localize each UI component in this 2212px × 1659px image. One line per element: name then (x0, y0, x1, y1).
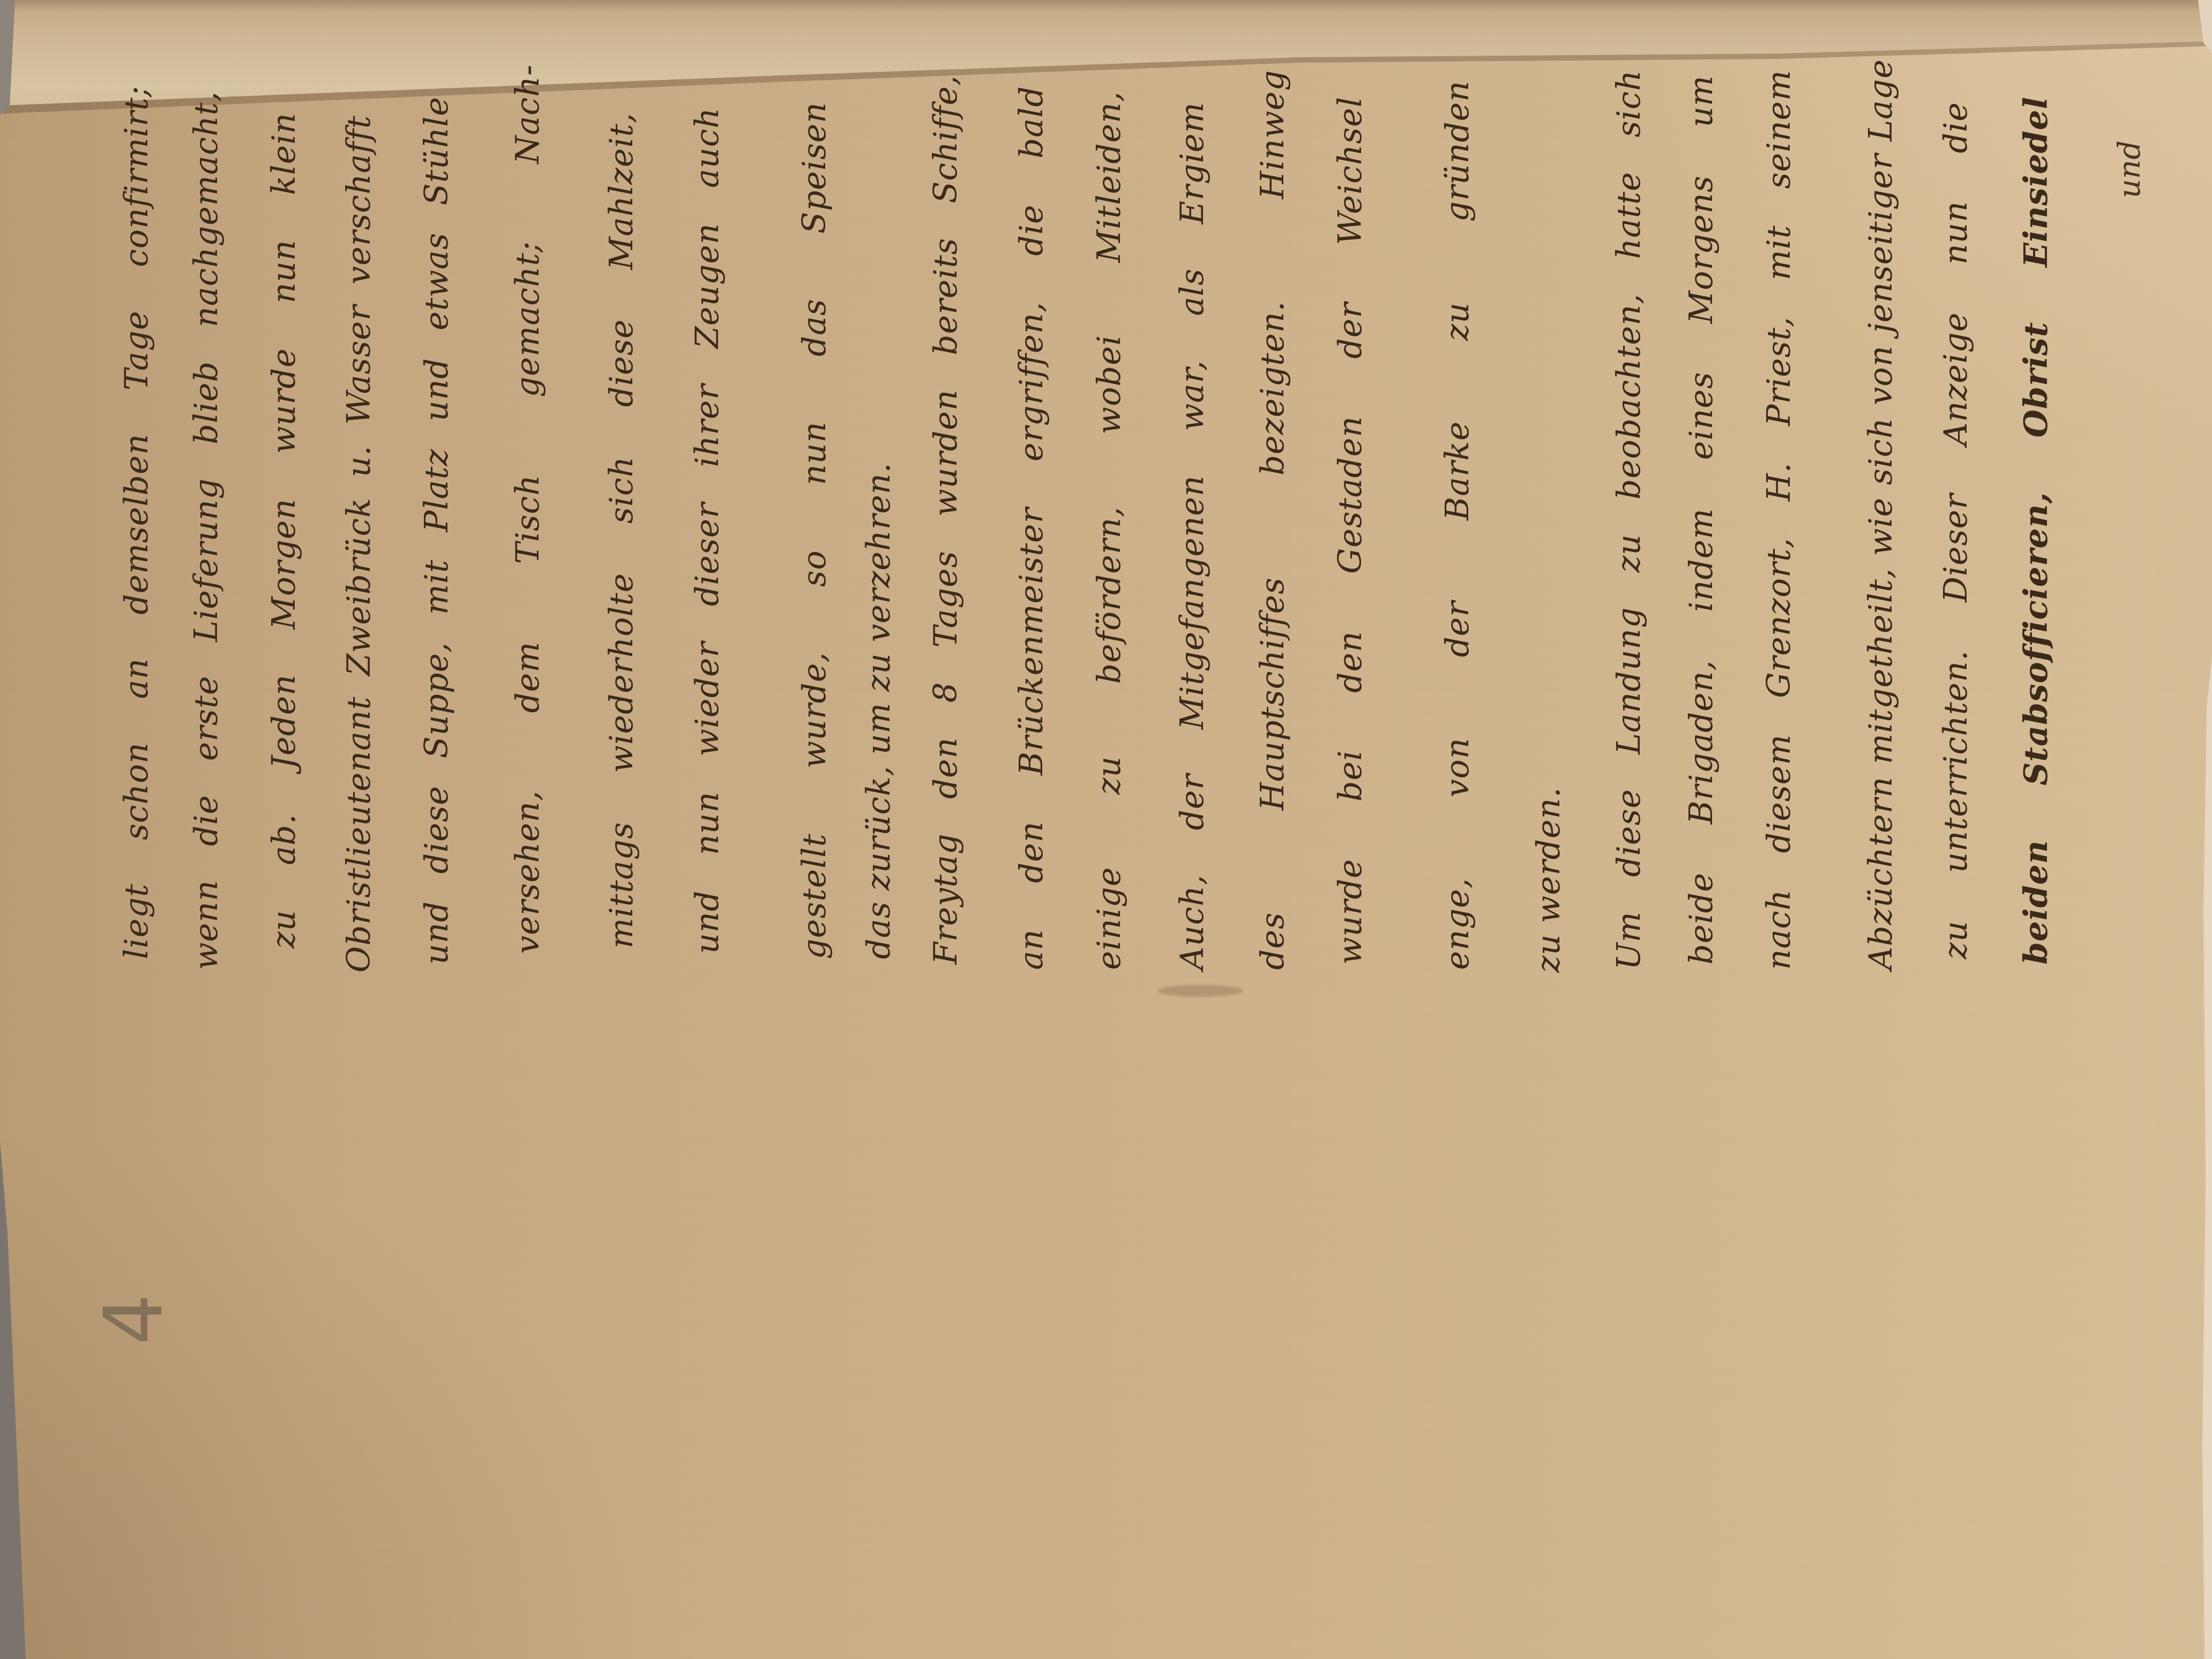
text-line-15: des Hauptschiffes bezeigten. Hinweg (1246, 70, 1299, 970)
text-line-9: gestellt wurde, so nun das Speisen (788, 102, 841, 959)
text-line-4: Obristlieutenant Zweibrück u. Wasser ver… (332, 115, 386, 973)
text-line-24-signature: beiden Stabsofficieren, Obrist Einsiedel (2009, 96, 2063, 965)
text-line-23: zu unterrichten. Dieser Anzeige nun die (1929, 102, 1983, 959)
text-line-8: und nun wieder dieser ihrer Zeugen auch (681, 107, 734, 954)
top-edge-shade (0, 0, 2212, 12)
text-line-6: versehen, dem Tisch gemacht; Nach- (501, 64, 555, 954)
text-line-1: liegt schon an demselben Tage confirmirt… (110, 86, 163, 959)
text-line-12: an den Brückenmeister ergriffen, die bal… (1005, 86, 1058, 970)
text-line-3: zu ab. Jeden Morgen wurde nun klein (257, 113, 311, 948)
text-line-22: Abzüchtern mitgetheilt, wie sich von jen… (1854, 59, 1908, 970)
text-line-21: nach diesem Grenzort, H. Priest, mit sei… (1752, 70, 1806, 970)
text-line-13: einige zu befördern, wobei Mitleiden, (1082, 91, 1136, 970)
text-line-20: beide Brigaden, indem eines Morgens um (1675, 75, 1728, 965)
text-line-11-paragraph-start: Freytag den 8 Tages wurden bereits Schif… (919, 75, 973, 965)
text-line-16: wurde bei den Gestaden der Weichsel (1324, 96, 1377, 965)
text-line-2: wenn die erste Lieferung blieb nachgemac… (180, 91, 233, 970)
text-line-7: mittags wiederholte sich diese Mahlzeit, (595, 113, 648, 948)
text-line-17: enge, von der Barke zu gründen (1431, 80, 1484, 970)
text-line-18: zu werden. (1522, 694, 1575, 973)
paper-scratch-mark (1157, 985, 1243, 997)
catchword: und (2106, 102, 2154, 198)
text-line-10: das zurück, um zu verzehren. (852, 434, 906, 959)
text-line-5: und diese Suppe, mit Platz und etwas Stü… (410, 96, 464, 965)
text-line-19-paragraph-start: Um diese Landung zu beobachten, hatte si… (1602, 70, 1656, 970)
text-line-14: Auch, der Mitgefangenen war, als Ergiem (1165, 102, 1219, 970)
pencil-page-number: 4 (91, 1259, 177, 1345)
